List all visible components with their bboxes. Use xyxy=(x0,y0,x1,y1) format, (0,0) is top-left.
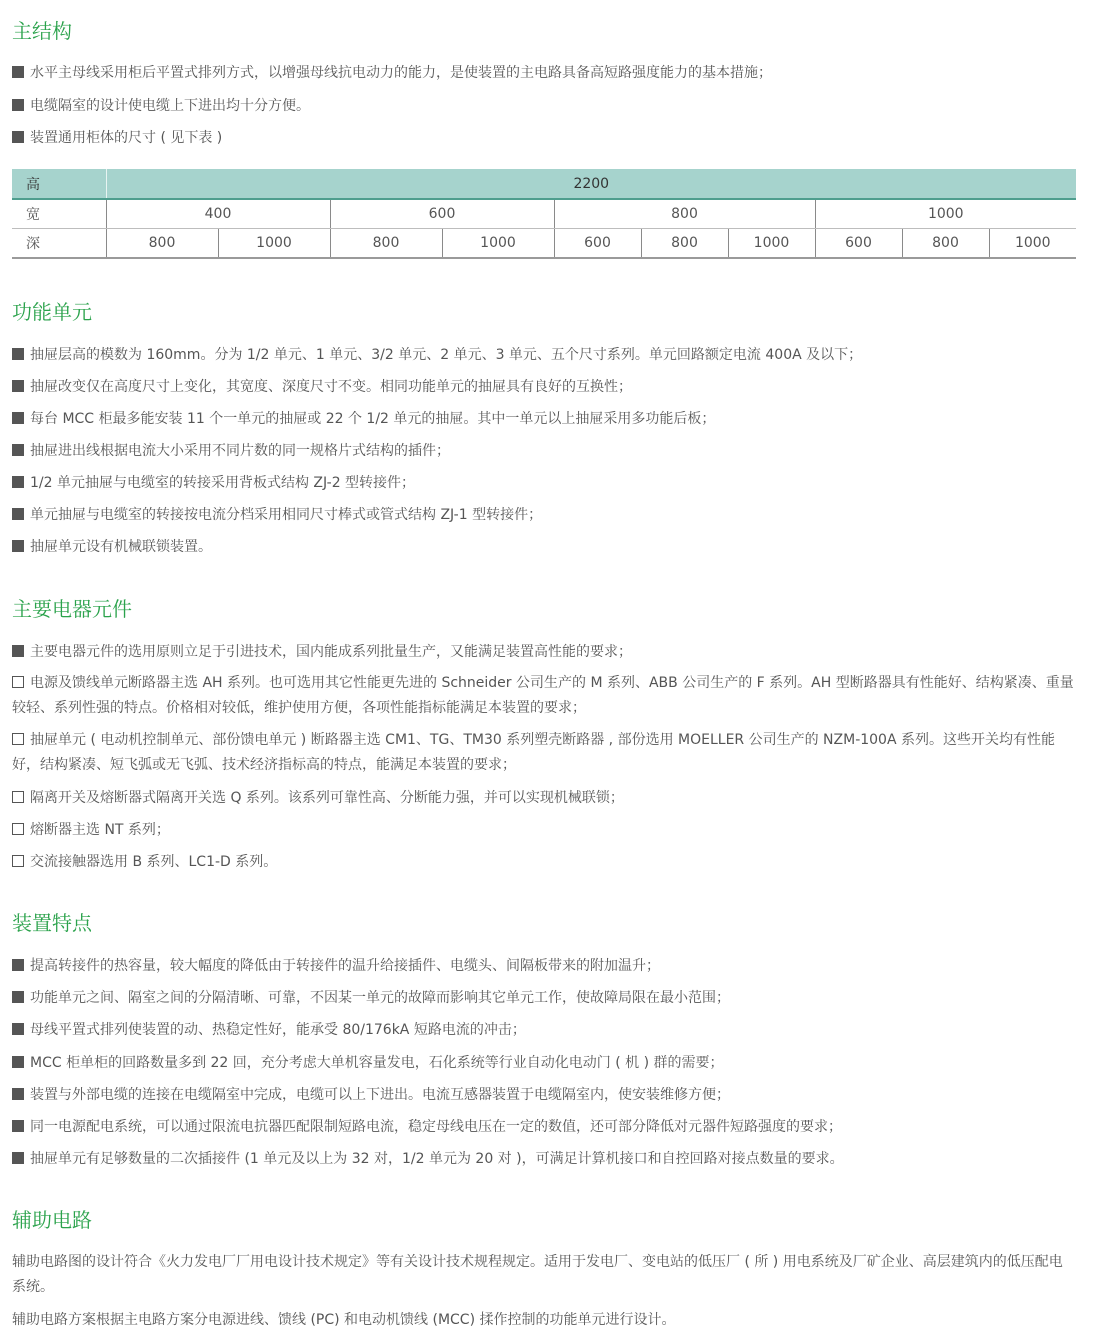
list-item: 抽屉进出线根据电流大小采用不同片数的同一规格片式结构的插件； xyxy=(12,441,450,461)
section-title-main-components: 主要电器元件 xyxy=(12,597,132,621)
filled-square-bullet-icon xyxy=(12,66,24,78)
section-title-features: 装置特点 xyxy=(12,911,92,935)
list-item: 熔断器主选 NT 系列； xyxy=(12,820,170,840)
filled-square-bullet-icon xyxy=(12,1120,24,1132)
table-row-width: 宽 400 600 800 1000 xyxy=(12,199,1076,229)
width-cell: 400 xyxy=(106,199,330,229)
cabinet-dimensions-table: 高 2200 宽 400 600 800 1000 深 800 1000 800… xyxy=(12,169,1076,259)
depth-cell: 600 xyxy=(554,229,641,259)
hollow-square-bullet-icon xyxy=(12,791,24,803)
depth-cell: 600 xyxy=(815,229,902,259)
list-item: 电缆隔室的设计使电缆上下进出均十分方便。 xyxy=(12,96,310,116)
hollow-square-bullet-icon xyxy=(12,823,24,835)
section-title-functional-units: 功能单元 xyxy=(12,300,92,324)
depth-cell: 1000 xyxy=(728,229,815,259)
filled-square-bullet-icon xyxy=(12,645,24,657)
depth-cell: 1000 xyxy=(989,229,1076,259)
list-item: 装置与外部电缆的连接在电缆隔室中完成，电缆可以上下进出。电流互感器装置于电缆隔室… xyxy=(12,1085,730,1105)
filled-square-bullet-icon xyxy=(12,444,24,456)
list-item: 功能单元之间、隔室之间的分隔清晰、可靠，不因某一单元的故障而影响其它单元工作，使… xyxy=(12,988,730,1008)
row-label-height: 高 xyxy=(12,169,106,199)
filled-square-bullet-icon xyxy=(12,991,24,1003)
list-item: 交流接触器选用 B 系列、LC1-D 系列。 xyxy=(12,852,277,872)
hollow-square-bullet-icon xyxy=(12,855,24,867)
paragraph: 辅助电路方案根据主电路方案分电源进线、馈线 (PC) 和电动机馈线 (MCC) … xyxy=(12,1310,676,1330)
filled-square-bullet-icon xyxy=(12,131,24,143)
list-item: 母线平置式排列使装置的动、热稳定性好，能承受 80/176kA 短路电流的冲击； xyxy=(12,1020,526,1040)
depth-cell: 800 xyxy=(902,229,989,259)
row-label-width: 宽 xyxy=(12,199,106,229)
height-value: 2200 xyxy=(106,169,1076,199)
table-row-depth: 深 800 1000 800 1000 600 800 1000 600 800… xyxy=(12,229,1076,259)
list-item: MCC 柜单柜的回路数量多到 22 回，充分考虑大单机容量发电，石化系统等行业自… xyxy=(12,1053,724,1073)
list-item: 抽屉单元 ( 电动机控制单元、部份馈电单元 ) 断路器主选 CM1、TG、TM3… xyxy=(12,728,1076,778)
filled-square-bullet-icon xyxy=(12,959,24,971)
depth-cell: 1000 xyxy=(442,229,554,259)
filled-square-bullet-icon xyxy=(12,348,24,360)
list-item: 抽屉层高的模数为 160mm。分为 1/2 单元、1 单元、3/2 单元、2 单… xyxy=(12,345,862,365)
paragraph: 辅助电路图的设计符合《火力发电厂厂用电设计技术规定》等有关设计技术规程规定。适用… xyxy=(12,1250,1076,1300)
filled-square-bullet-icon xyxy=(12,1088,24,1100)
filled-square-bullet-icon xyxy=(12,508,24,520)
list-item: 电源及馈线单元断路器主选 AH 系列。也可选用其它性能更先进的 Schneide… xyxy=(12,671,1076,721)
list-item: 隔离开关及熔断器式隔离开关选 Q 系列。该系列可靠性高、分断能力强，并可以实现机… xyxy=(12,788,624,808)
depth-cell: 1000 xyxy=(218,229,330,259)
filled-square-bullet-icon xyxy=(12,99,24,111)
filled-square-bullet-icon xyxy=(12,1023,24,1035)
row-label-depth: 深 xyxy=(12,229,106,259)
depth-cell: 800 xyxy=(330,229,442,259)
list-item: 抽屉单元有足够数量的二次插接件 (1 单元及以上为 32 对，1/2 单元为 2… xyxy=(12,1149,844,1169)
list-item: 1/2 单元抽屉与电缆室的转接采用背板式结构 ZJ-2 型转接件； xyxy=(12,473,415,493)
list-item: 主要电器元件的选用原则立足于引进技术，国内能成系列批量生产，又能满足装置高性能的… xyxy=(12,642,632,662)
list-item: 同一电源配电系统，可以通过限流电抗器匹配限制短路电流，稳定母线电压在一定的数值，… xyxy=(12,1117,842,1137)
list-item: 每台 MCC 柜最多能安装 11 个一单元的抽屉或 22 个 1/2 单元的抽屉… xyxy=(12,409,715,429)
depth-cell: 800 xyxy=(641,229,728,259)
list-item: 抽屉单元设有机械联锁装置。 xyxy=(12,537,212,557)
list-item: 单元抽屉与电缆室的转接按电流分档采用相同尺寸棒式或管式结构 ZJ-1 型转接件； xyxy=(12,505,542,525)
hollow-square-bullet-icon xyxy=(12,676,24,688)
filled-square-bullet-icon xyxy=(12,476,24,488)
filled-square-bullet-icon xyxy=(12,540,24,552)
width-cell: 600 xyxy=(330,199,554,229)
list-item: 水平主母线采用柜后平置式排列方式，以增强母线抗电动力的能力，是使装置的主电路具备… xyxy=(12,63,772,83)
filled-square-bullet-icon xyxy=(12,380,24,392)
table-row-height: 高 2200 xyxy=(12,169,1076,199)
filled-square-bullet-icon xyxy=(12,1152,24,1164)
list-item: 提高转接件的热容量，较大幅度的降低由于转接件的温升给接插件、电缆头、间隔板带来的… xyxy=(12,956,660,976)
width-cell: 800 xyxy=(554,199,815,229)
list-item: 抽屉改变仅在高度尺寸上变化，其宽度、深度尺寸不变。相同功能单元的抽屉具有良好的互… xyxy=(12,377,632,397)
hollow-square-bullet-icon xyxy=(12,733,24,745)
depth-cell: 800 xyxy=(106,229,218,259)
section-title-aux-circuit: 辅助电路 xyxy=(12,1208,92,1232)
list-item: 装置通用柜体的尺寸 ( 见下表 ) xyxy=(12,128,222,148)
filled-square-bullet-icon xyxy=(12,412,24,424)
filled-square-bullet-icon xyxy=(12,1056,24,1068)
section-title-main-structure: 主结构 xyxy=(12,19,72,43)
width-cell: 1000 xyxy=(815,199,1076,229)
